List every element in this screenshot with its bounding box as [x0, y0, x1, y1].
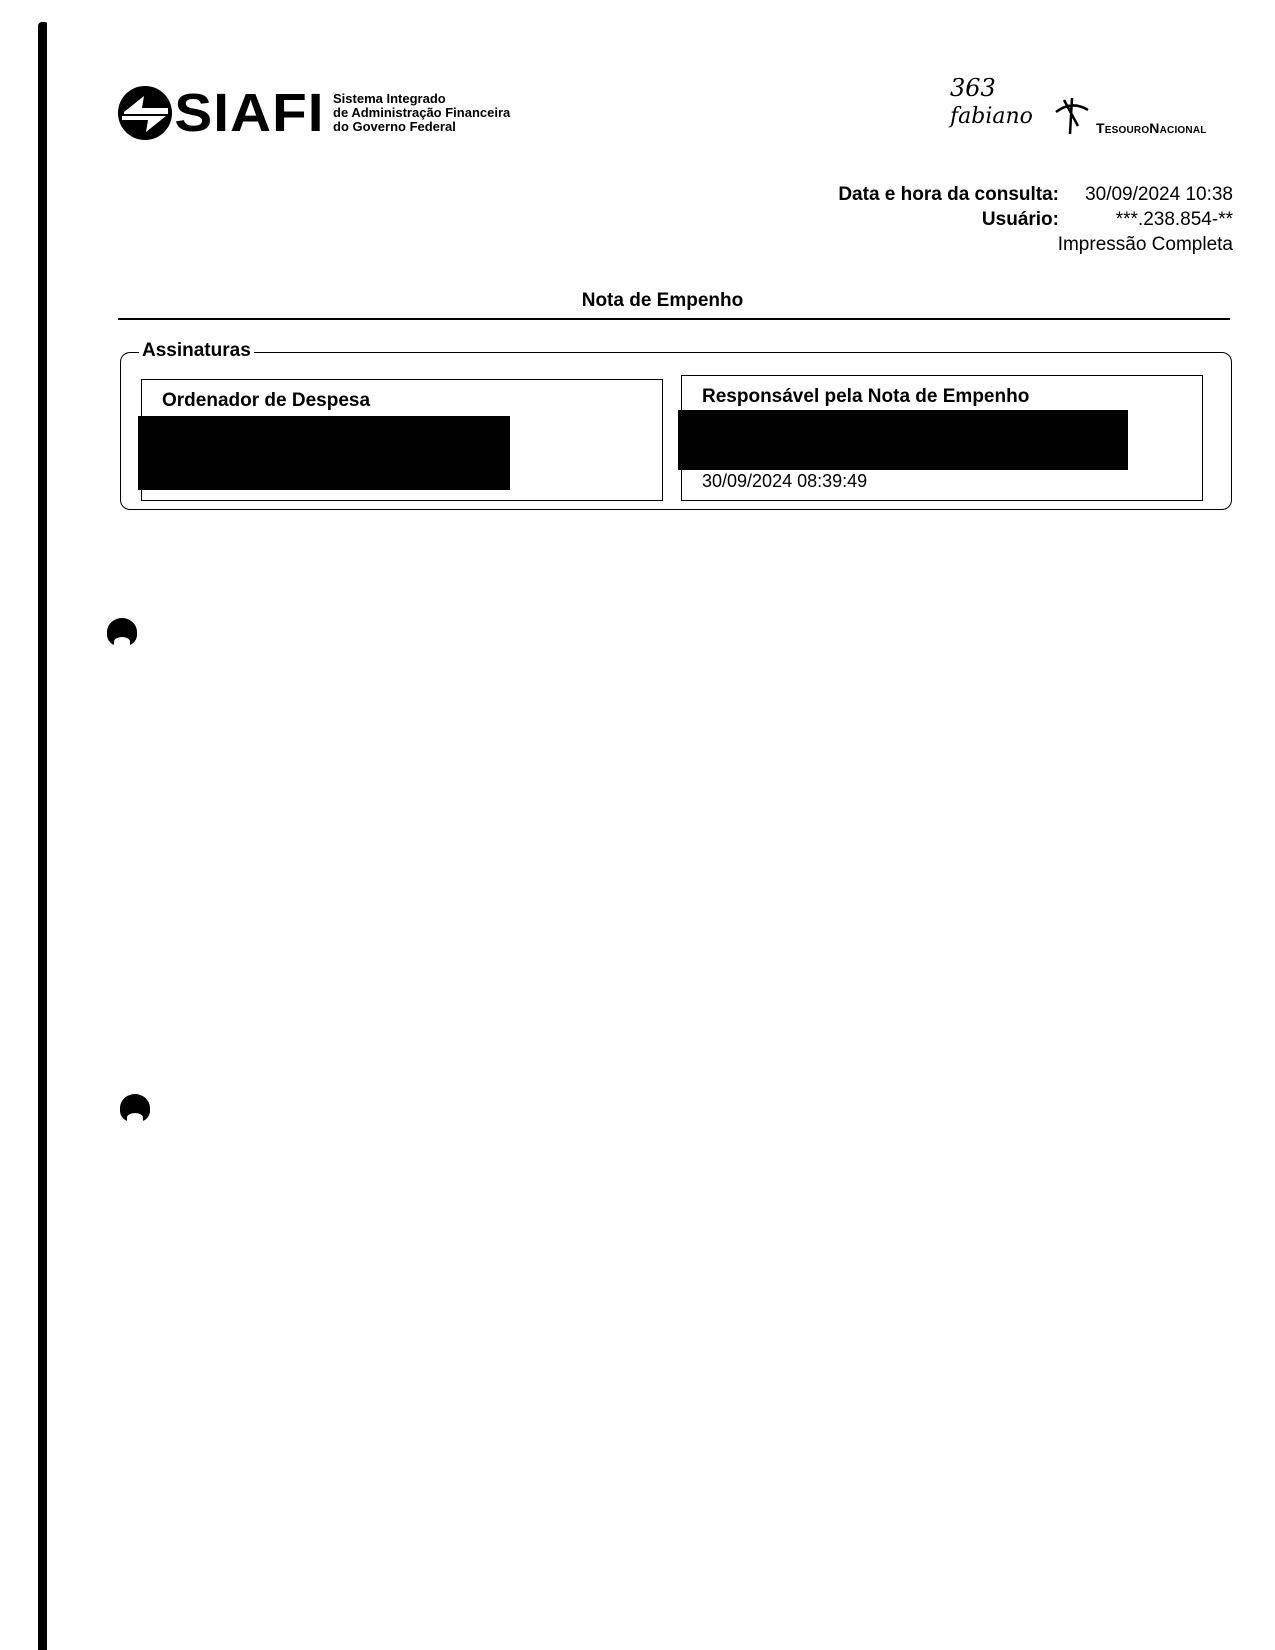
hole-punch-mark: [107, 618, 137, 646]
redaction-block: [678, 410, 1128, 470]
subtitle-line: do Governo Federal: [333, 120, 510, 134]
siafi-subtitle: Sistema Integrado de Administração Finan…: [333, 92, 510, 134]
siafi-logo-icon: [118, 86, 172, 140]
consulta-meta: Data e hora da consulta: 30/09/2024 10:3…: [838, 182, 1233, 257]
tesouro-star-icon: [1052, 96, 1092, 136]
usuario-value: ***.238.854-**: [1075, 207, 1233, 232]
responsavel-timestamp: 30/09/2024 08:39:49: [702, 471, 867, 492]
siafi-wordmark: SIAFI: [174, 86, 324, 140]
tesouro-nacional-logo: TesouroNacional: [1052, 96, 1207, 136]
subtitle-line: de Administração Financeira: [333, 106, 510, 120]
tesouro-nacional-label: TesouroNacional: [1096, 120, 1207, 136]
handwritten-signature: fabiano: [950, 104, 1033, 129]
responsavel-signature-box: Responsável pela Nota de Empenho 30/09/2…: [681, 375, 1203, 501]
consulta-label: Data e hora da consulta:: [838, 182, 1059, 207]
print-mode: Impressão Completa: [1058, 232, 1233, 257]
document-title: Nota de Empenho: [0, 290, 1275, 312]
ordenador-heading: Ordenador de Despesa: [162, 390, 370, 412]
scan-binding-edge: [38, 22, 47, 1650]
assinaturas-legend: Assinaturas: [139, 340, 254, 362]
ordenador-signature-box: Ordenador de Despesa 26/09/2024 14:45:42: [141, 379, 663, 501]
subtitle-line: Sistema Integrado: [333, 92, 510, 106]
consulta-value: 30/09/2024 10:38: [1075, 182, 1233, 207]
hole-punch-mark: [120, 1094, 150, 1122]
usuario-label: Usuário:: [982, 207, 1059, 232]
redaction-block: [138, 416, 510, 490]
handwritten-page-number: 363: [950, 74, 996, 102]
title-divider: [118, 318, 1230, 320]
siafi-logo: SIAFI Sistema Integrado de Administração…: [118, 86, 510, 140]
responsavel-heading: Responsável pela Nota de Empenho: [702, 386, 1029, 408]
assinaturas-section: Assinaturas Ordenador de Despesa 26/09/2…: [120, 352, 1232, 510]
